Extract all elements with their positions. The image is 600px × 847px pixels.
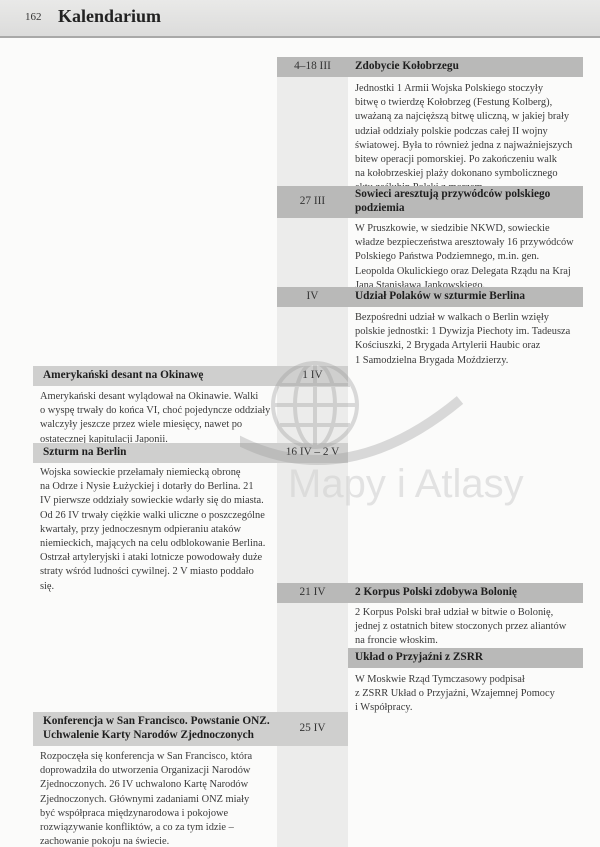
entry-body: Rozpoczęła się konferencja w San Francis… [40,750,280,847]
entry-date: 1 IV [277,369,348,381]
entry-header: 27 III Sowieci aresztują przywódców pols… [277,186,583,218]
entry-title: Sowieci aresztują przywódców polskiego [355,188,550,200]
entry-title: Konferencja w San Francisco. Powstanie O… [43,715,270,727]
entry-title: Szturm na Berlin [43,446,126,458]
entry-title: 2 Korpus Polski zdobywa Bolonię [355,586,517,598]
entry-body: Amerykański desant wylądował na Okinawie… [40,390,280,447]
entry-date: 25 IV [277,722,348,734]
entry-title: Amerykański desant na Okinawę [43,369,203,381]
entry-date: IV [277,290,348,302]
entry-body: Wojska sowieckie przełamały niemiecką ob… [40,466,280,594]
entry-title: Układ o Przyjaźni z ZSRR [355,651,483,663]
entry-body: Bezpośredni udział w walkach o Berlin wz… [355,311,585,368]
page-title: Kalendarium [58,6,161,27]
page-number: 162 [25,11,42,23]
entry-body: 2 Korpus Polski brał udział w bitwie o B… [355,606,585,649]
entry-header: 21 IV 2 Korpus Polski zdobywa Bolonię [277,583,583,603]
entry-header: Amerykański desant na Okinawę 1 IV [33,366,348,386]
entry-header: Układ o Przyjaźni z ZSRR [348,648,583,668]
entry-body: W Moskwie Rząd Tymczasowy podpisał z ZSR… [355,673,585,716]
entry-date: 21 IV [277,586,348,598]
entry-header: Konferencja w San Francisco. Powstanie O… [33,712,348,746]
entry-title: Uchwalenie Karty Narodów Zjednoczonych [43,729,254,741]
entry-title: Udział Polaków w szturmie Berlina [355,290,525,302]
entry-date: 27 III [277,195,348,207]
entry-body: W Pruszkowie, w siedzibie NKWD, sowiecki… [355,222,585,293]
entry-body: Jednostki 1 Armii Wojska Polskiego stocz… [355,82,585,196]
entry-title: Zdobycie Kołobrzegu [355,60,459,72]
entry-title: podziemia [355,202,405,214]
entry-date: 16 IV – 2 V [277,446,348,458]
entry-header: IV Udział Polaków w szturmie Berlina [277,287,583,307]
page-header: 162 Kalendarium [0,0,600,38]
entry-date: 4–18 III [277,60,348,72]
entry-header: 4–18 III Zdobycie Kołobrzegu [277,57,583,77]
entry-header: Szturm na Berlin 16 IV – 2 V [33,443,348,463]
